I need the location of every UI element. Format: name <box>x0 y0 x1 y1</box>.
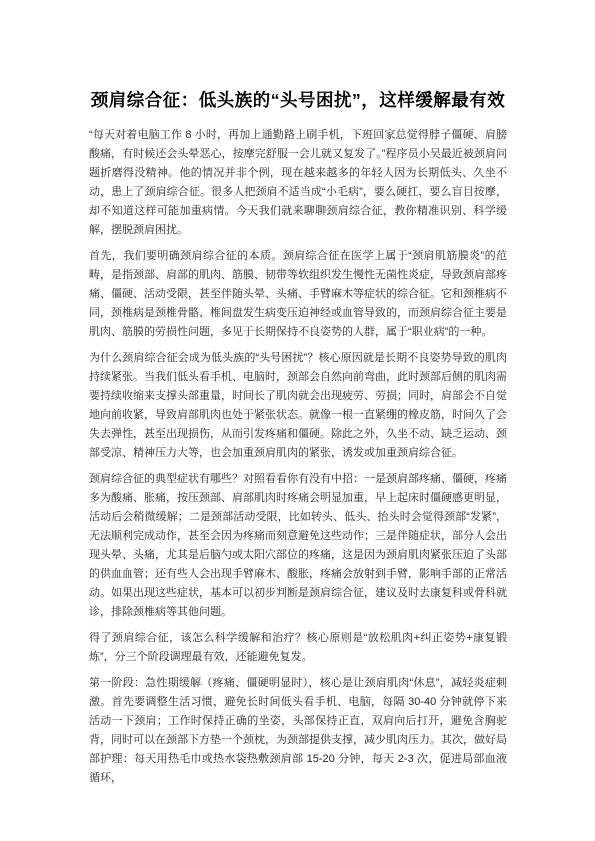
page-title: 颈肩综合征：低头族的“头号困扰”，这样缓解最有效 <box>89 88 507 112</box>
document-page: 颈肩综合征：低头族的“头号困扰”，这样缓解最有效 “每天对着电脑工作 8 小时，… <box>0 0 595 841</box>
paragraph-treatment-principle: 得了颈肩综合征，该怎么科学缓解和治疗？核心原则是“放松肌肉+纠正姿势+康复锻炼”… <box>89 629 507 667</box>
paragraph-symptoms: 颈肩综合征的典型症状有哪些？对照看看你有没有中招：一是颈肩部疼痛、僵硬，疼痛多为… <box>89 470 507 622</box>
paragraph-cause: 为什么颈肩综合征会成为低头族的“头号困扰”？核心原因就是长期不良姿势导致的肌肉持… <box>89 349 507 463</box>
document-content: 颈肩综合征：低头族的“头号困扰”，这样缓解最有效 “每天对着电脑工作 8 小时，… <box>89 88 507 788</box>
paragraph-stage-one: 第一阶段：急性期缓解（疼痛、僵硬明显时），核心是让颈肩肌肉“休息”，减轻炎症刺激… <box>89 674 507 788</box>
paragraph-definition: 首先，我们要明确颈肩综合征的本质。颈肩综合征在医学上属于“颈肩肌筋膜炎”的范畴，… <box>89 247 507 342</box>
paragraph-intro: “每天对着电脑工作 8 小时，再加上通勤路上刷手机，下班回家总觉得脖子僵硬、肩膀… <box>89 126 507 240</box>
